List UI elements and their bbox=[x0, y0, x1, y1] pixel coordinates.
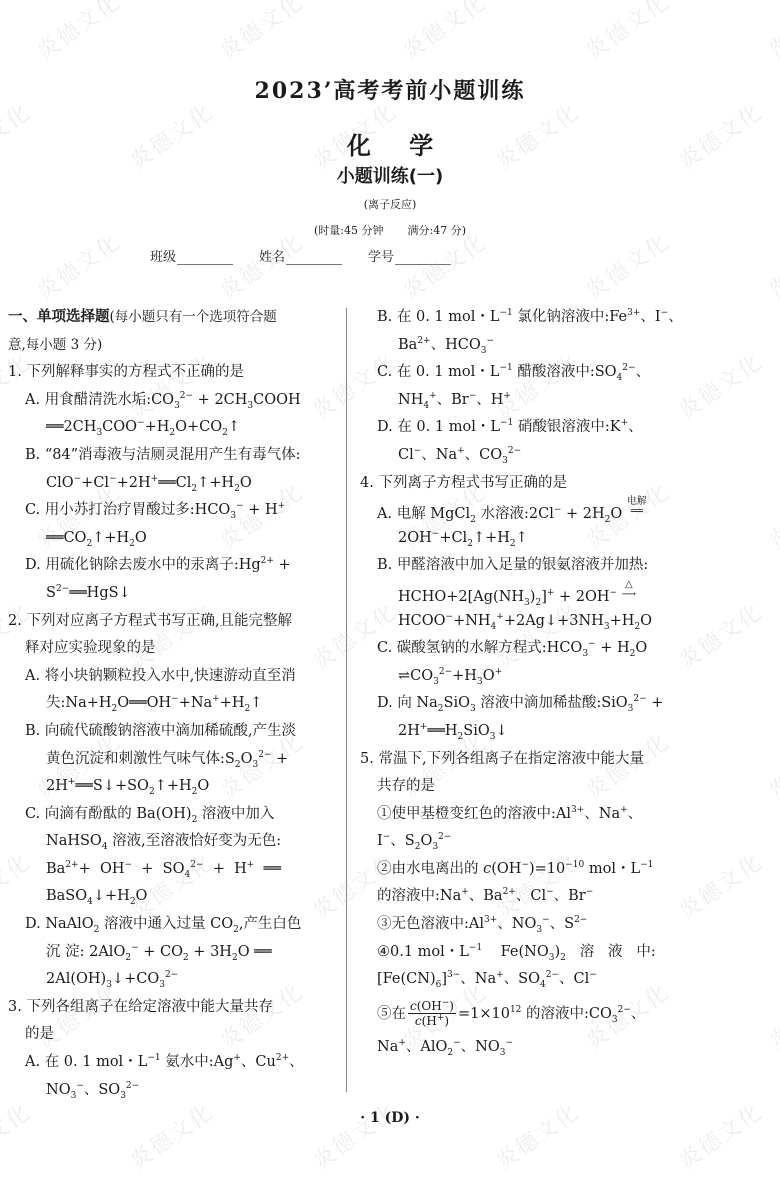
answer-option: A. 电解 MgCl2 水溶液:2Cl− + 2H2O 电解══ bbox=[360, 497, 770, 525]
class-label: 班级 bbox=[150, 246, 176, 265]
answer-option-continued: NH4+、Br−、H+ bbox=[360, 387, 770, 415]
answer-option: D. 用硫化钠除去废水中的汞离子:Hg2+ + bbox=[8, 552, 338, 580]
subject-title: 化 学 bbox=[0, 126, 780, 161]
answer-option: D. NaAlO2 溶液中通入过量 CO2,产生白色 bbox=[8, 911, 338, 939]
watermark-text: 炎德文化 bbox=[579, 0, 675, 66]
answer-option-continued: 2OH−+Cl2↑+H2↑ bbox=[360, 525, 770, 553]
answer-option: C. 用小苏打治疗胃酸过多:HCO3− + H+ bbox=[8, 497, 338, 525]
watermark-text: 炎德文化 bbox=[672, 1095, 768, 1175]
answer-option: B. 向硫代硫酸钠溶液中滴加稀硫酸,产生淡 bbox=[8, 718, 338, 746]
answer-option: ②由水电离出的 c(OH−)=10−10 mol・L−1 bbox=[360, 856, 770, 884]
question-stem: 2. 下列对应离子方程式书写正确,且能完整解 bbox=[8, 608, 338, 636]
answer-option: B. 甲醛溶液中加入足量的银氨溶液并加热: bbox=[360, 552, 770, 580]
answer-option-continued: NaHSO4 溶液,至溶液恰好变为无色: bbox=[8, 828, 338, 856]
student-id-field[interactable]: 学号 bbox=[368, 246, 451, 265]
question-stem: 的是 bbox=[8, 1021, 338, 1049]
name-field[interactable]: 姓名 bbox=[259, 246, 342, 265]
answer-option-continued: 黄色沉淀和刺激性气味气体:S2O32− + bbox=[8, 746, 338, 774]
answer-option: ⑤在c(OH−)c(H+)=1×1012 的溶液中:CO32−、 bbox=[360, 994, 770, 1034]
answer-option: Na+、AlO2−、NO3− bbox=[360, 1034, 770, 1062]
right-column: B. 在 0. 1 mol・L−1 氯化钠溶液中:Fe3+、I−、Ba2+、HC… bbox=[360, 304, 770, 1061]
question-stem: 释对应实验现象的是 bbox=[8, 635, 338, 663]
answer-option: C. 向滴有酚酞的 Ba(OH)2 溶液中加入 bbox=[8, 801, 338, 829]
watermark-text: 炎德文化 bbox=[396, 0, 492, 66]
section-title: 一、单项选择题 bbox=[8, 309, 110, 325]
section-heading: 一、单项选择题(每小题只有一个选项符合题 bbox=[8, 304, 338, 332]
time-limit: (时量:45 分钟 bbox=[314, 224, 384, 237]
answer-option-continued: 2Al(OH)3↓+CO32− bbox=[8, 966, 338, 994]
watermark-text: 炎德文化 bbox=[306, 1095, 402, 1175]
answer-option: D. 在 0. 1 mol・L−1 硝酸银溶液中:K+、 bbox=[360, 414, 770, 442]
answer-option: [Fe(CN)6]3−、Na+、SO42−、Cl− bbox=[360, 966, 770, 994]
answer-option-continued: ══2CH3COO−+H2O+CO2↑ bbox=[8, 414, 338, 442]
question-stem: 3. 下列各组离子在给定溶液中能大量共存 bbox=[8, 994, 338, 1022]
answer-option-continued: Ba2+、HCO3− bbox=[360, 332, 770, 360]
student-info-fields: 班级 姓名 学号 bbox=[150, 246, 451, 265]
answer-option-continued: HCOO−+NH4++2Ag↓+3NH3+H2O bbox=[360, 608, 770, 636]
name-blank[interactable] bbox=[286, 250, 342, 265]
full-score: 满分:47 分) bbox=[408, 224, 467, 237]
answer-option-continued: ══CO2↑+H2O bbox=[8, 525, 338, 553]
answer-option: ③无色溶液中:Al3+、NO3−、S2− bbox=[360, 911, 770, 939]
main-title: 2023’高考考前小题训练 bbox=[0, 74, 780, 105]
answer-option: A. 将小块钠颗粒投入水中,快速游动直至消 bbox=[8, 663, 338, 691]
section-note: 意,每小题 3 分) bbox=[8, 332, 338, 360]
watermark-text: 炎德文化 bbox=[123, 1095, 219, 1175]
answer-option: I−、S2O32− bbox=[360, 828, 770, 856]
answer-option-continued: 2H+══S↓+SO2↑+H2O bbox=[8, 773, 338, 801]
question-stem: 4. 下列离子方程式书写正确的是 bbox=[360, 470, 770, 498]
answer-option-continued: ClO−+Cl−+2H+══Cl2↑+H2O bbox=[8, 470, 338, 498]
sub-title: 小题训练(一) bbox=[0, 162, 780, 188]
answer-option: ④0.1 mol・L−1 Fe(NO3)2 溶 液 中: bbox=[360, 939, 770, 967]
student-id-label: 学号 bbox=[368, 246, 394, 265]
answer-option: 的溶液中:Na+、Ba2+、Cl−、Br− bbox=[360, 883, 770, 911]
student-id-blank[interactable] bbox=[395, 250, 451, 265]
watermark-text: 炎德文化 bbox=[762, 0, 780, 66]
watermark-text: 炎德文化 bbox=[489, 1095, 585, 1175]
answer-option-continued: 沉 淀: 2AlO2− + CO2 + 3H2O ══ bbox=[8, 939, 338, 967]
watermark-text: 炎德文化 bbox=[213, 0, 309, 66]
question-stem: 5. 常温下,下列各组离子在指定溶液中能大量 bbox=[360, 746, 770, 774]
question-stem: 共存的是 bbox=[360, 773, 770, 801]
answer-option-continued: BaSO4↓+H2O bbox=[8, 883, 338, 911]
exam-meta: (时量:45 分钟满分:47 分) bbox=[0, 222, 780, 238]
answer-option-continued: NO3−、SO32− bbox=[8, 1077, 338, 1105]
answer-option: D. 向 Na2SiO3 溶液中滴加稀盐酸:SiO32− + bbox=[360, 690, 770, 718]
column-divider bbox=[346, 308, 347, 1092]
answer-option: A. 在 0. 1 mol・L−1 氨水中:Ag+、Cu2+、 bbox=[8, 1049, 338, 1077]
answer-option: B. “84”消毒液与洁厕灵混用产生有毒气体: bbox=[8, 442, 338, 470]
answer-option: C. 在 0. 1 mol・L−1 醋酸溶液中:SO42−、 bbox=[360, 359, 770, 387]
answer-option: B. 在 0. 1 mol・L−1 氯化钠溶液中:Fe3+、I−、 bbox=[360, 304, 770, 332]
answer-option-continued: S2−══HgS↓ bbox=[8, 580, 338, 608]
question-stem: 1. 下列解释事实的方程式不正确的是 bbox=[8, 359, 338, 387]
answer-option: A. 用食醋清洗水垢:CO32− + 2CH3COOH bbox=[8, 387, 338, 415]
page-footer: · 1 (D) · bbox=[0, 1110, 780, 1126]
answer-option: C. 碳酸氢钠的水解方程式:HCO3− + H2O bbox=[360, 635, 770, 663]
answer-option-continued: ⇌CO32−+H3O+ bbox=[360, 663, 770, 691]
watermark-text: 炎德文化 bbox=[0, 1095, 36, 1175]
name-label: 姓名 bbox=[259, 246, 285, 265]
answer-option-continued: Cl−、Na+、CO32− bbox=[360, 442, 770, 470]
answer-option-continued: 2H+══H2SiO3↓ bbox=[360, 718, 770, 746]
topic-label: (离子反应) bbox=[0, 196, 780, 212]
section-note: (每小题只有一个选项符合题 bbox=[110, 309, 277, 325]
answer-option-continued: 失:Na+H2O══OH−+Na++H2↑ bbox=[8, 690, 338, 718]
class-blank[interactable] bbox=[177, 250, 233, 265]
left-column: 一、单项选择题(每小题只有一个选项符合题意,每小题 3 分)1. 下列解释事实的… bbox=[8, 304, 338, 1104]
answer-option-continued: Ba2++ OH− + SO42− + H+ ══ bbox=[8, 856, 338, 884]
watermark-text: 炎德文化 bbox=[30, 0, 126, 66]
answer-option: ①使甲基橙变红色的溶液中:Al3+、Na+、 bbox=[360, 801, 770, 829]
class-field[interactable]: 班级 bbox=[150, 246, 233, 265]
answer-option-continued: HCHO+2[Ag(NH3)2]+ + 2OH− △⟶ bbox=[360, 580, 770, 608]
